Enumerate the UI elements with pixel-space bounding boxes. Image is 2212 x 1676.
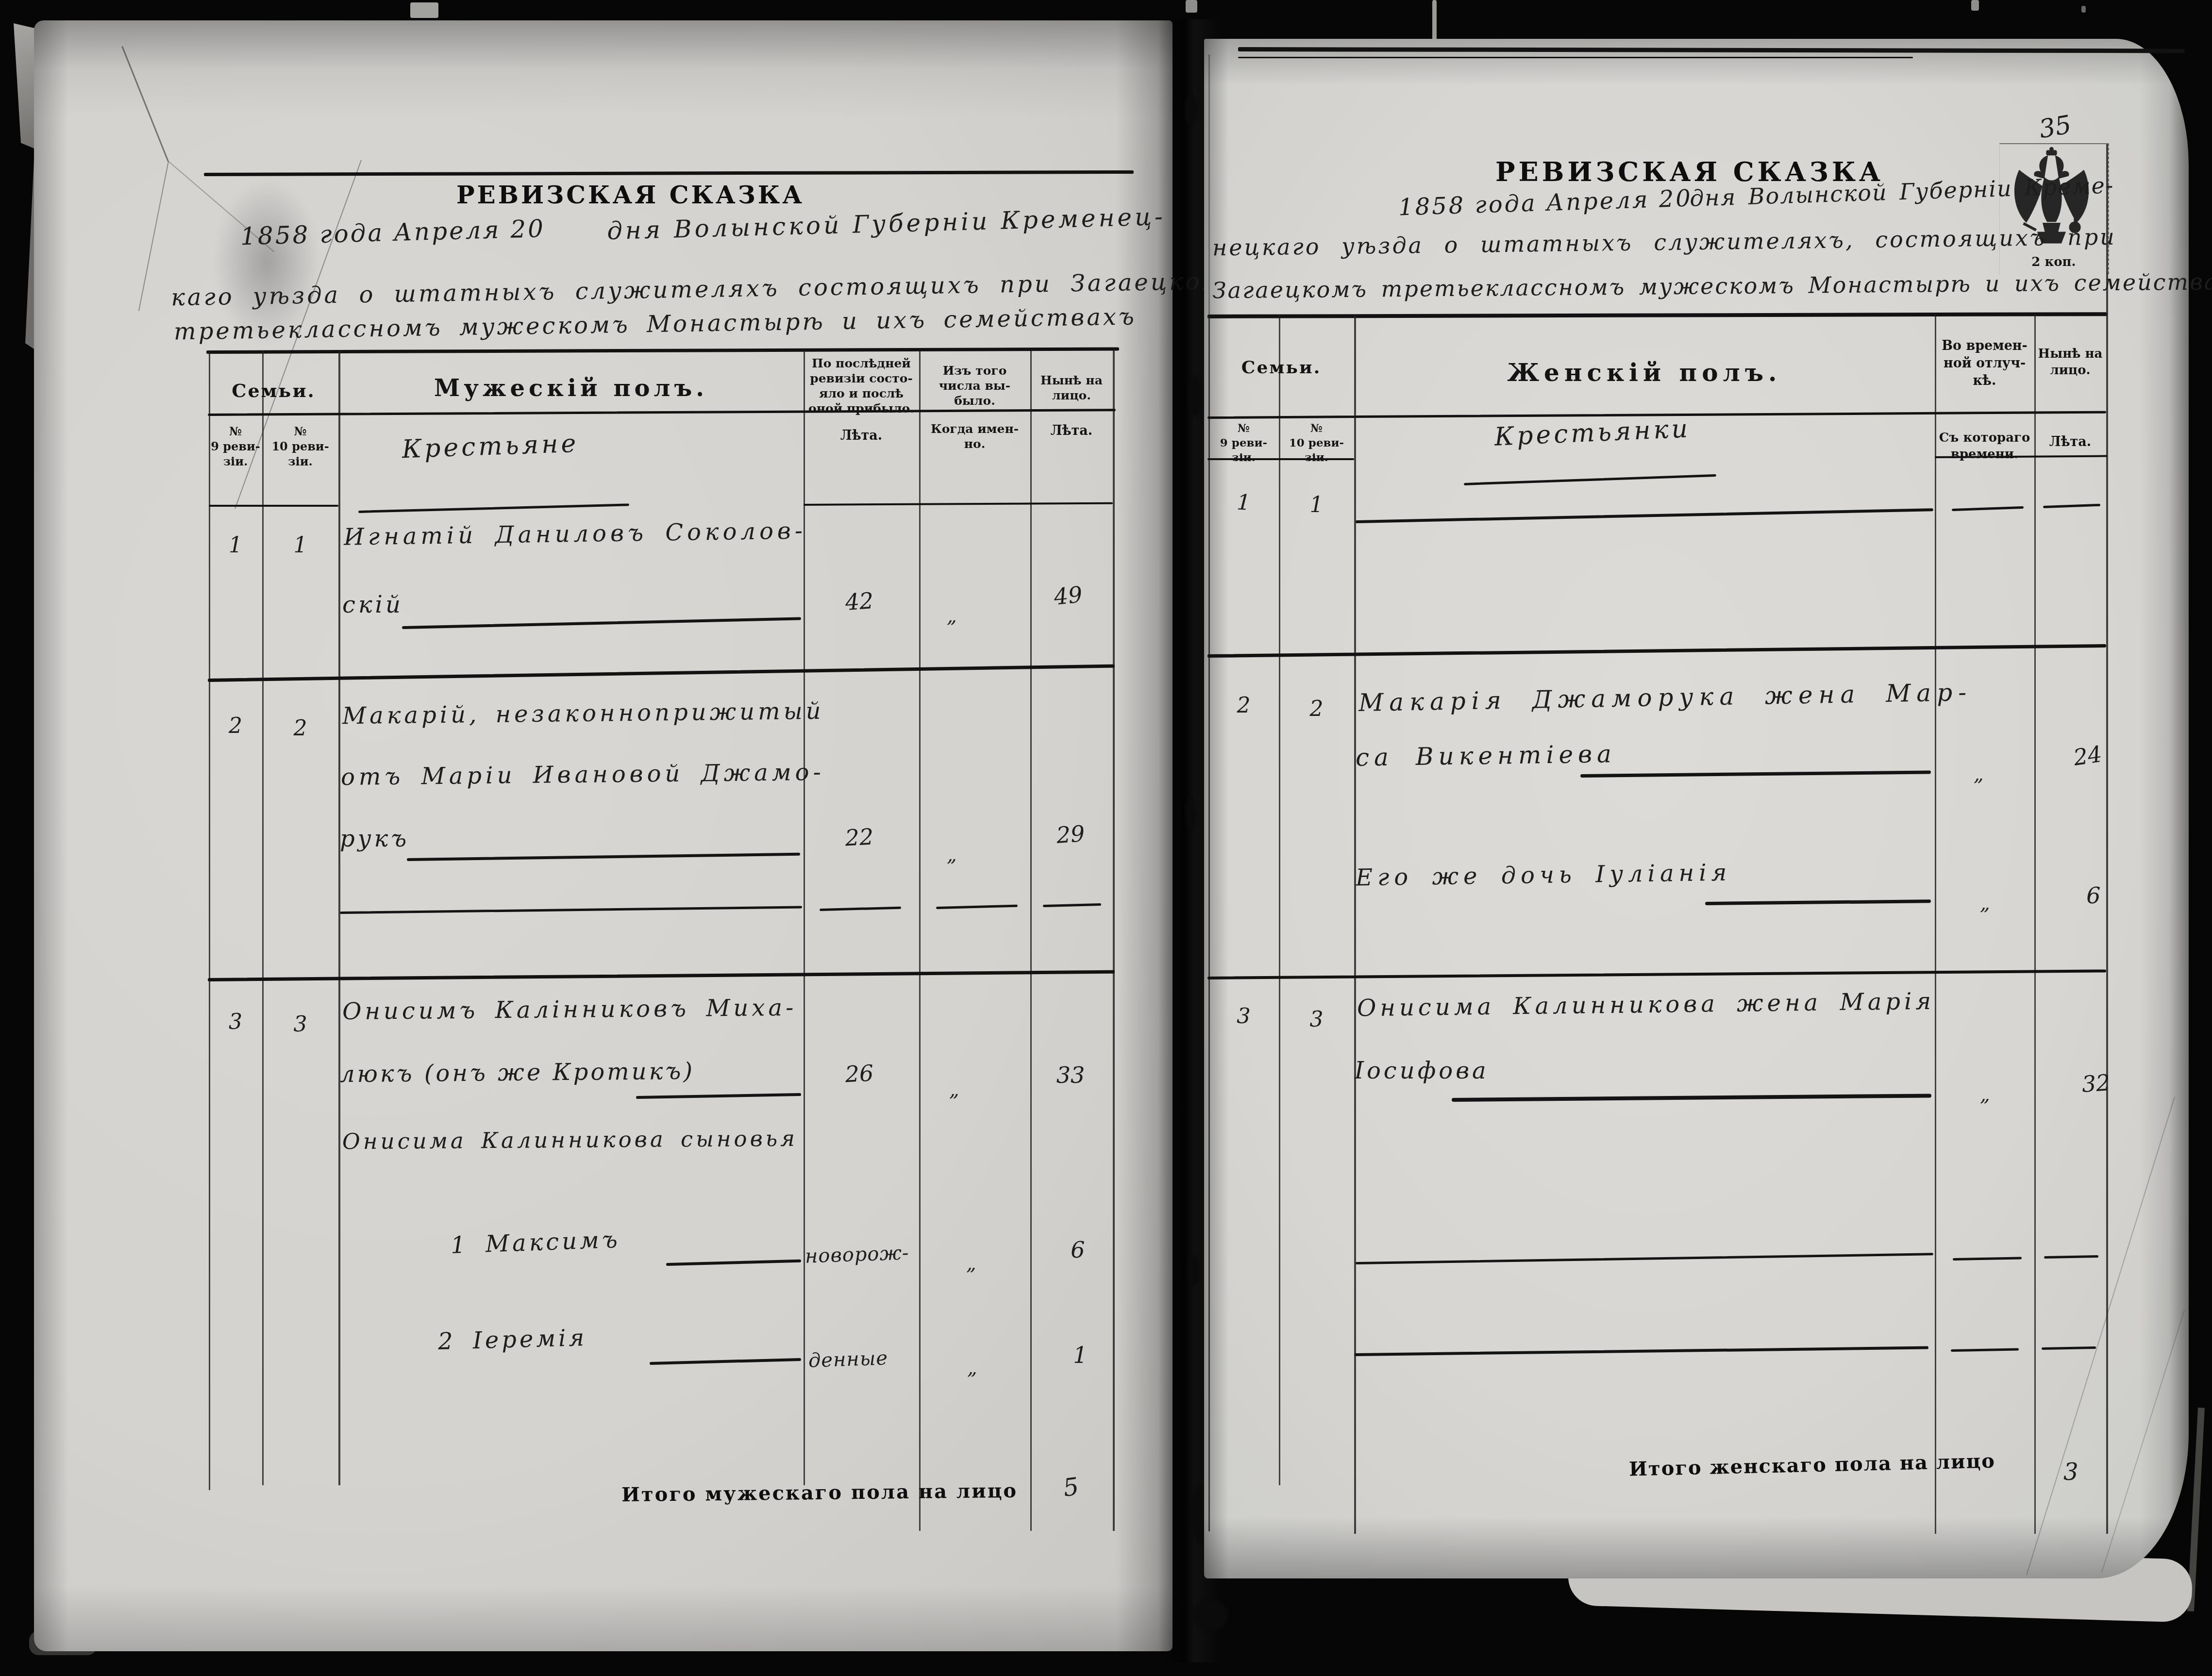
subcol-header-when-exactly: Когда имен- но. bbox=[919, 421, 1030, 451]
label-line: ной отлуч- bbox=[1935, 355, 2034, 372]
col-header-now-present: Нынѣ на лицо. bbox=[1030, 373, 1113, 403]
label-line: № bbox=[1279, 421, 1354, 436]
age-now: 6 bbox=[2069, 882, 2118, 909]
son-number: 2 bbox=[437, 1328, 456, 1355]
label-line: Нынѣ на bbox=[2034, 346, 2106, 362]
table-line bbox=[1935, 315, 1936, 1534]
scan-artifact bbox=[1186, 0, 1197, 13]
person-name-line: Макарій, незаконноприжитый bbox=[342, 697, 824, 730]
row-rev9-number: 3 bbox=[1208, 1002, 1279, 1029]
label-line: Нынѣ на bbox=[1030, 373, 1113, 388]
label-line: времени. bbox=[1935, 446, 2034, 463]
row-rev10-number: 3 bbox=[262, 1012, 338, 1037]
ditto-mark: „ bbox=[949, 1079, 959, 1101]
label-line: зіи. bbox=[1208, 450, 1279, 465]
label-line: № bbox=[262, 424, 338, 439]
subcol-header-since-when: Съ котораго времени. bbox=[1935, 430, 2034, 463]
ditto-mark: „ bbox=[947, 605, 957, 627]
son-name: Максимъ bbox=[485, 1226, 621, 1258]
binding-mark bbox=[1193, 1599, 1228, 1631]
age-now: 32 bbox=[2068, 1068, 2123, 1098]
row-rev10-number: 3 bbox=[1279, 1007, 1354, 1032]
page-frame-line bbox=[1208, 54, 1210, 316]
label-line: 9 реви- bbox=[209, 439, 262, 454]
table-line bbox=[1354, 315, 1356, 1534]
col-header-now-present: Нынѣ на лицо. bbox=[2034, 346, 2106, 379]
col-header-departed: Изъ того числа вы- было. bbox=[919, 363, 1030, 408]
age-now: 29 bbox=[1038, 819, 1103, 850]
label-line: лицо. bbox=[1030, 388, 1113, 403]
row-rev10-number: 2 bbox=[262, 716, 338, 741]
age-last-revision: 42 bbox=[824, 586, 894, 617]
scan-artifact bbox=[410, 2, 438, 18]
row-rev10-number: 1 bbox=[262, 533, 338, 558]
person-name-line: люкъ (онъ же Кротикъ) bbox=[340, 1058, 695, 1088]
age-last-revision: 22 bbox=[825, 822, 894, 852]
son-entry: 2 Іеремія bbox=[437, 1324, 587, 1355]
subcol-header-years: Лѣта. bbox=[2034, 434, 2106, 449]
col-header-last-revision: По послѣдней ревизіи состо- яло и послѣ … bbox=[804, 356, 919, 416]
son-name: Іеремія bbox=[472, 1324, 587, 1354]
table-line bbox=[1030, 350, 1032, 1531]
label-line: № bbox=[1208, 421, 1279, 436]
label-line: оной прибыло. bbox=[804, 401, 919, 416]
left-page bbox=[34, 20, 1173, 1651]
label-line: зіи. bbox=[1279, 450, 1354, 465]
subheader-divider bbox=[209, 505, 338, 507]
row-rev10-number: 2 bbox=[1279, 697, 1354, 721]
ditto-mark: „ bbox=[1980, 1083, 1990, 1106]
age-now: 1 bbox=[1051, 1342, 1109, 1368]
binding-mark bbox=[1189, 376, 1202, 417]
label-line: Когда имен- bbox=[919, 421, 1030, 436]
revenue-stamp-box: 2 коп. bbox=[1999, 143, 2109, 274]
person-name-line: Онисимъ Калінниковъ Миха- bbox=[342, 994, 797, 1025]
label-line: но. bbox=[919, 436, 1030, 451]
col-header-temporary-absence: Во времен- ной отлуч- кѣ. bbox=[1935, 337, 2034, 390]
label-line: яло и послѣ bbox=[804, 386, 919, 401]
row-rev9-number: 1 bbox=[209, 533, 262, 558]
daughter-entry: Его же дочь Іуліанія bbox=[1356, 859, 1732, 892]
label-line: лицо. bbox=[2034, 362, 2106, 379]
label-line: ревизіи состо- bbox=[804, 371, 919, 386]
col-header-family: Семьи. bbox=[1208, 357, 1354, 378]
col-header-female-sex: Женскій полъ. bbox=[1354, 358, 1935, 387]
scan-artifact bbox=[2081, 6, 2086, 13]
scan-artifact bbox=[1432, 0, 1437, 43]
age-last-revision: 26 bbox=[825, 1059, 894, 1088]
table-line bbox=[338, 350, 340, 1485]
ditto-mark: „ bbox=[1974, 763, 1984, 785]
sons-heading: Онисима Калинникова сыновья bbox=[342, 1126, 798, 1155]
ditto-mark: „ bbox=[967, 1357, 977, 1379]
label-line: Съ котораго bbox=[1935, 430, 2034, 446]
ditto-mark: „ bbox=[947, 844, 957, 866]
col-header-family: Семьи. bbox=[209, 380, 338, 401]
table-line bbox=[2034, 315, 2036, 1534]
label-line: 9 реви- bbox=[1208, 436, 1279, 450]
subcol-header-years: Лѣта. bbox=[804, 428, 919, 443]
table-line bbox=[262, 350, 264, 1485]
table-line bbox=[1113, 350, 1115, 1531]
person-name-line: отъ Маріи Ивановой Джамо- bbox=[341, 759, 825, 791]
age-now: 6 bbox=[1049, 1237, 1107, 1263]
person-name-line: са Викентіева bbox=[1356, 740, 1617, 771]
subcol-header-revision-9: № 9 реви- зіи. bbox=[209, 424, 262, 469]
label-line: числа вы- bbox=[919, 378, 1030, 393]
row-rev9-number: 1 bbox=[1208, 488, 1279, 517]
table-line bbox=[2106, 144, 2108, 1534]
ditto-mark: „ bbox=[966, 1252, 976, 1275]
subcol-header-revision-9: № 9 реви- зіи. bbox=[1208, 421, 1279, 465]
scanned-book-spread: { "colors": {"background":"#060606","pap… bbox=[0, 0, 2212, 1676]
person-name-line: рукъ bbox=[340, 825, 409, 852]
binding-mark bbox=[1186, 796, 1196, 831]
label-line: Во времен- bbox=[1935, 337, 2034, 355]
age-note-newborn: денные bbox=[808, 1347, 888, 1372]
row-rev9-number: 2 bbox=[1208, 693, 1279, 718]
age-now: 33 bbox=[1039, 1062, 1102, 1088]
total-female-value: 3 bbox=[2063, 1459, 2078, 1486]
label-line: зіи. bbox=[262, 454, 338, 469]
label-line: 10 реви- bbox=[262, 439, 338, 454]
label-line: было. bbox=[919, 393, 1030, 408]
label-line: 10 реви- bbox=[1279, 436, 1354, 450]
col-header-male-sex: Мужескій полъ. bbox=[338, 375, 804, 402]
binding-mark bbox=[1187, 1255, 1200, 1287]
total-male-label: Итого мужескаго пола на лицо bbox=[621, 1479, 1018, 1507]
row-rev10-number: 1 bbox=[1279, 493, 1354, 517]
label-line: Изъ того bbox=[919, 363, 1030, 378]
son-number: 1 bbox=[450, 1231, 469, 1259]
person-name-line: скій bbox=[342, 591, 403, 618]
stamp-denomination: 2 коп. bbox=[2000, 255, 2108, 269]
age-note-newborn: новорож- bbox=[804, 1242, 909, 1267]
top-rule-thin bbox=[1238, 57, 1913, 58]
label-line: По послѣдней bbox=[804, 356, 919, 371]
scan-artifact bbox=[1971, 0, 1979, 11]
table-line bbox=[919, 350, 921, 1531]
person-name-line: Іосифова bbox=[1355, 1057, 1489, 1084]
binding-mark bbox=[1185, 95, 1197, 126]
page-number: 35 bbox=[2037, 110, 2074, 145]
row-rev9-number: 2 bbox=[209, 714, 262, 738]
page-title: РЕВИЗСКАЯ СКАЗКА bbox=[456, 181, 777, 209]
subcol-header-revision-10: № 10 реви- зіи. bbox=[1279, 421, 1354, 465]
label-line: кѣ. bbox=[1935, 372, 2034, 390]
subcol-header-years-now: Лѣта. bbox=[1030, 423, 1113, 438]
subcol-header-revision-10: № 10 реви- зіи. bbox=[262, 424, 338, 469]
label-line: № bbox=[209, 424, 262, 439]
row-rev9-number: 3 bbox=[209, 1010, 262, 1034]
table-line bbox=[209, 350, 210, 1490]
label-line: зіи. bbox=[209, 454, 262, 469]
table-line bbox=[1279, 315, 1280, 1485]
ditto-mark: „ bbox=[1980, 892, 1990, 914]
